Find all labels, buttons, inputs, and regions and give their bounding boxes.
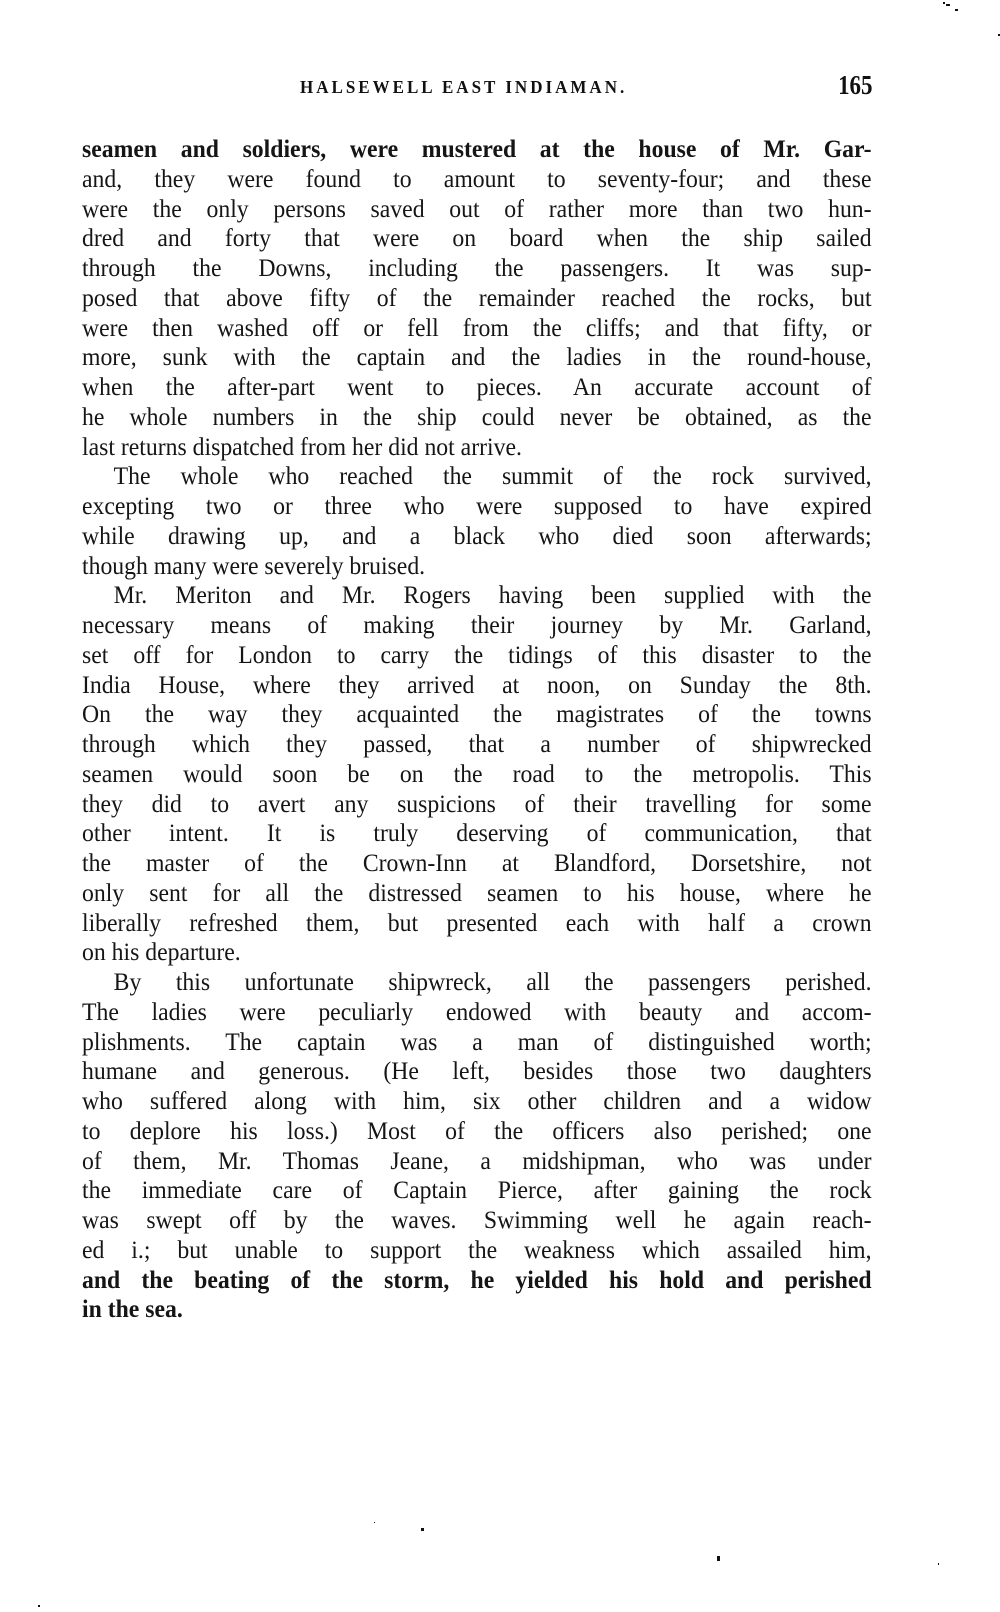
text-line: only sent for all the distressed seamen …	[82, 878, 872, 908]
text-line: The ladies were peculiarly endowed with …	[82, 997, 872, 1027]
scan-speck	[421, 1528, 424, 1531]
text-line: and the beating of the storm, he yielded…	[82, 1265, 872, 1295]
text-line: posed that above fifty of the remainder …	[82, 283, 872, 313]
scan-speck	[717, 1556, 720, 1561]
text-line: through the Downs, including the passeng…	[82, 253, 872, 283]
text-line: who suffered along with him, six other c…	[82, 1086, 872, 1116]
text-line: excepting two or three who were supposed…	[82, 491, 872, 521]
text-line: By this unfortunate shipwreck, all the p…	[82, 967, 872, 997]
text-line: were the only persons saved out of rathe…	[82, 194, 872, 224]
text-line: dred and forty that were on board when t…	[82, 223, 872, 253]
text-line: other intent. It is truly deserving of c…	[82, 818, 872, 848]
scan-speck	[955, 9, 958, 11]
body-text: seamen and soldiers, were mustered at th…	[82, 134, 872, 1324]
text-line: the immediate care of Captain Pierce, af…	[82, 1175, 872, 1205]
scan-speck	[938, 1563, 939, 1565]
scan-speck	[946, 4, 950, 6]
page-number: 165	[838, 70, 872, 101]
text-line: through which they passed, that a number…	[82, 729, 872, 759]
text-line: last returns dispatched from her did not…	[82, 432, 872, 462]
text-line: the master of the Crown-Inn at Blandford…	[82, 848, 872, 878]
text-line: they did to avert any suspicions of thei…	[82, 789, 872, 819]
book-page: HALSEWELL EAST INDIAMAN. 165 seamen and …	[0, 0, 1000, 1612]
text-line: plishments. The captain was a man of dis…	[82, 1027, 872, 1057]
text-line: more, sunk with the captain and the ladi…	[82, 342, 872, 372]
text-line: on his departure.	[82, 937, 872, 967]
text-line: On the way they acquainted the magistrat…	[82, 699, 872, 729]
text-line: ed i.; but unable to support the weaknes…	[82, 1235, 872, 1265]
running-head: HALSEWELL EAST INDIAMAN. 165	[82, 74, 872, 104]
text-line: of them, Mr. Thomas Jeane, a midshipman,…	[82, 1146, 872, 1176]
text-line: in the sea.	[82, 1294, 872, 1324]
text-line: necessary means of making their journey …	[82, 610, 872, 640]
text-line: liberally refreshed them, but presented …	[82, 908, 872, 938]
text-line: humane and generous. (He left, besides t…	[82, 1056, 872, 1086]
text-line: to deplore his loss.) Most of the office…	[82, 1116, 872, 1146]
scan-speck	[374, 1522, 375, 1523]
text-line: India House, where they arrived at noon,…	[82, 670, 872, 700]
scan-speck	[943, 2, 945, 4]
text-line: set off for London to carry the tidings …	[82, 640, 872, 670]
text-line: were then washed off or fell from the cl…	[82, 313, 872, 343]
text-line: was swept off by the waves. Swimming wel…	[82, 1205, 872, 1235]
text-line: Mr. Meriton and Mr. Rogers having been s…	[82, 580, 872, 610]
text-line: seamen would soon be on the road to the …	[82, 759, 872, 789]
scan-speck	[38, 1605, 40, 1607]
text-line: though many were severely bruised.	[82, 551, 872, 581]
running-title: HALSEWELL EAST INDIAMAN.	[300, 78, 627, 99]
text-line: when the after-part went to pieces. An a…	[82, 372, 872, 402]
text-line: while drawing up, and a black who died s…	[82, 521, 872, 551]
text-line: he whole numbers in the ship could never…	[82, 402, 872, 432]
text-line: and, they were found to amount to sevent…	[82, 164, 872, 194]
text-line: seamen and soldiers, were mustered at th…	[82, 134, 872, 164]
text-line: The whole who reached the summit of the …	[82, 461, 872, 491]
